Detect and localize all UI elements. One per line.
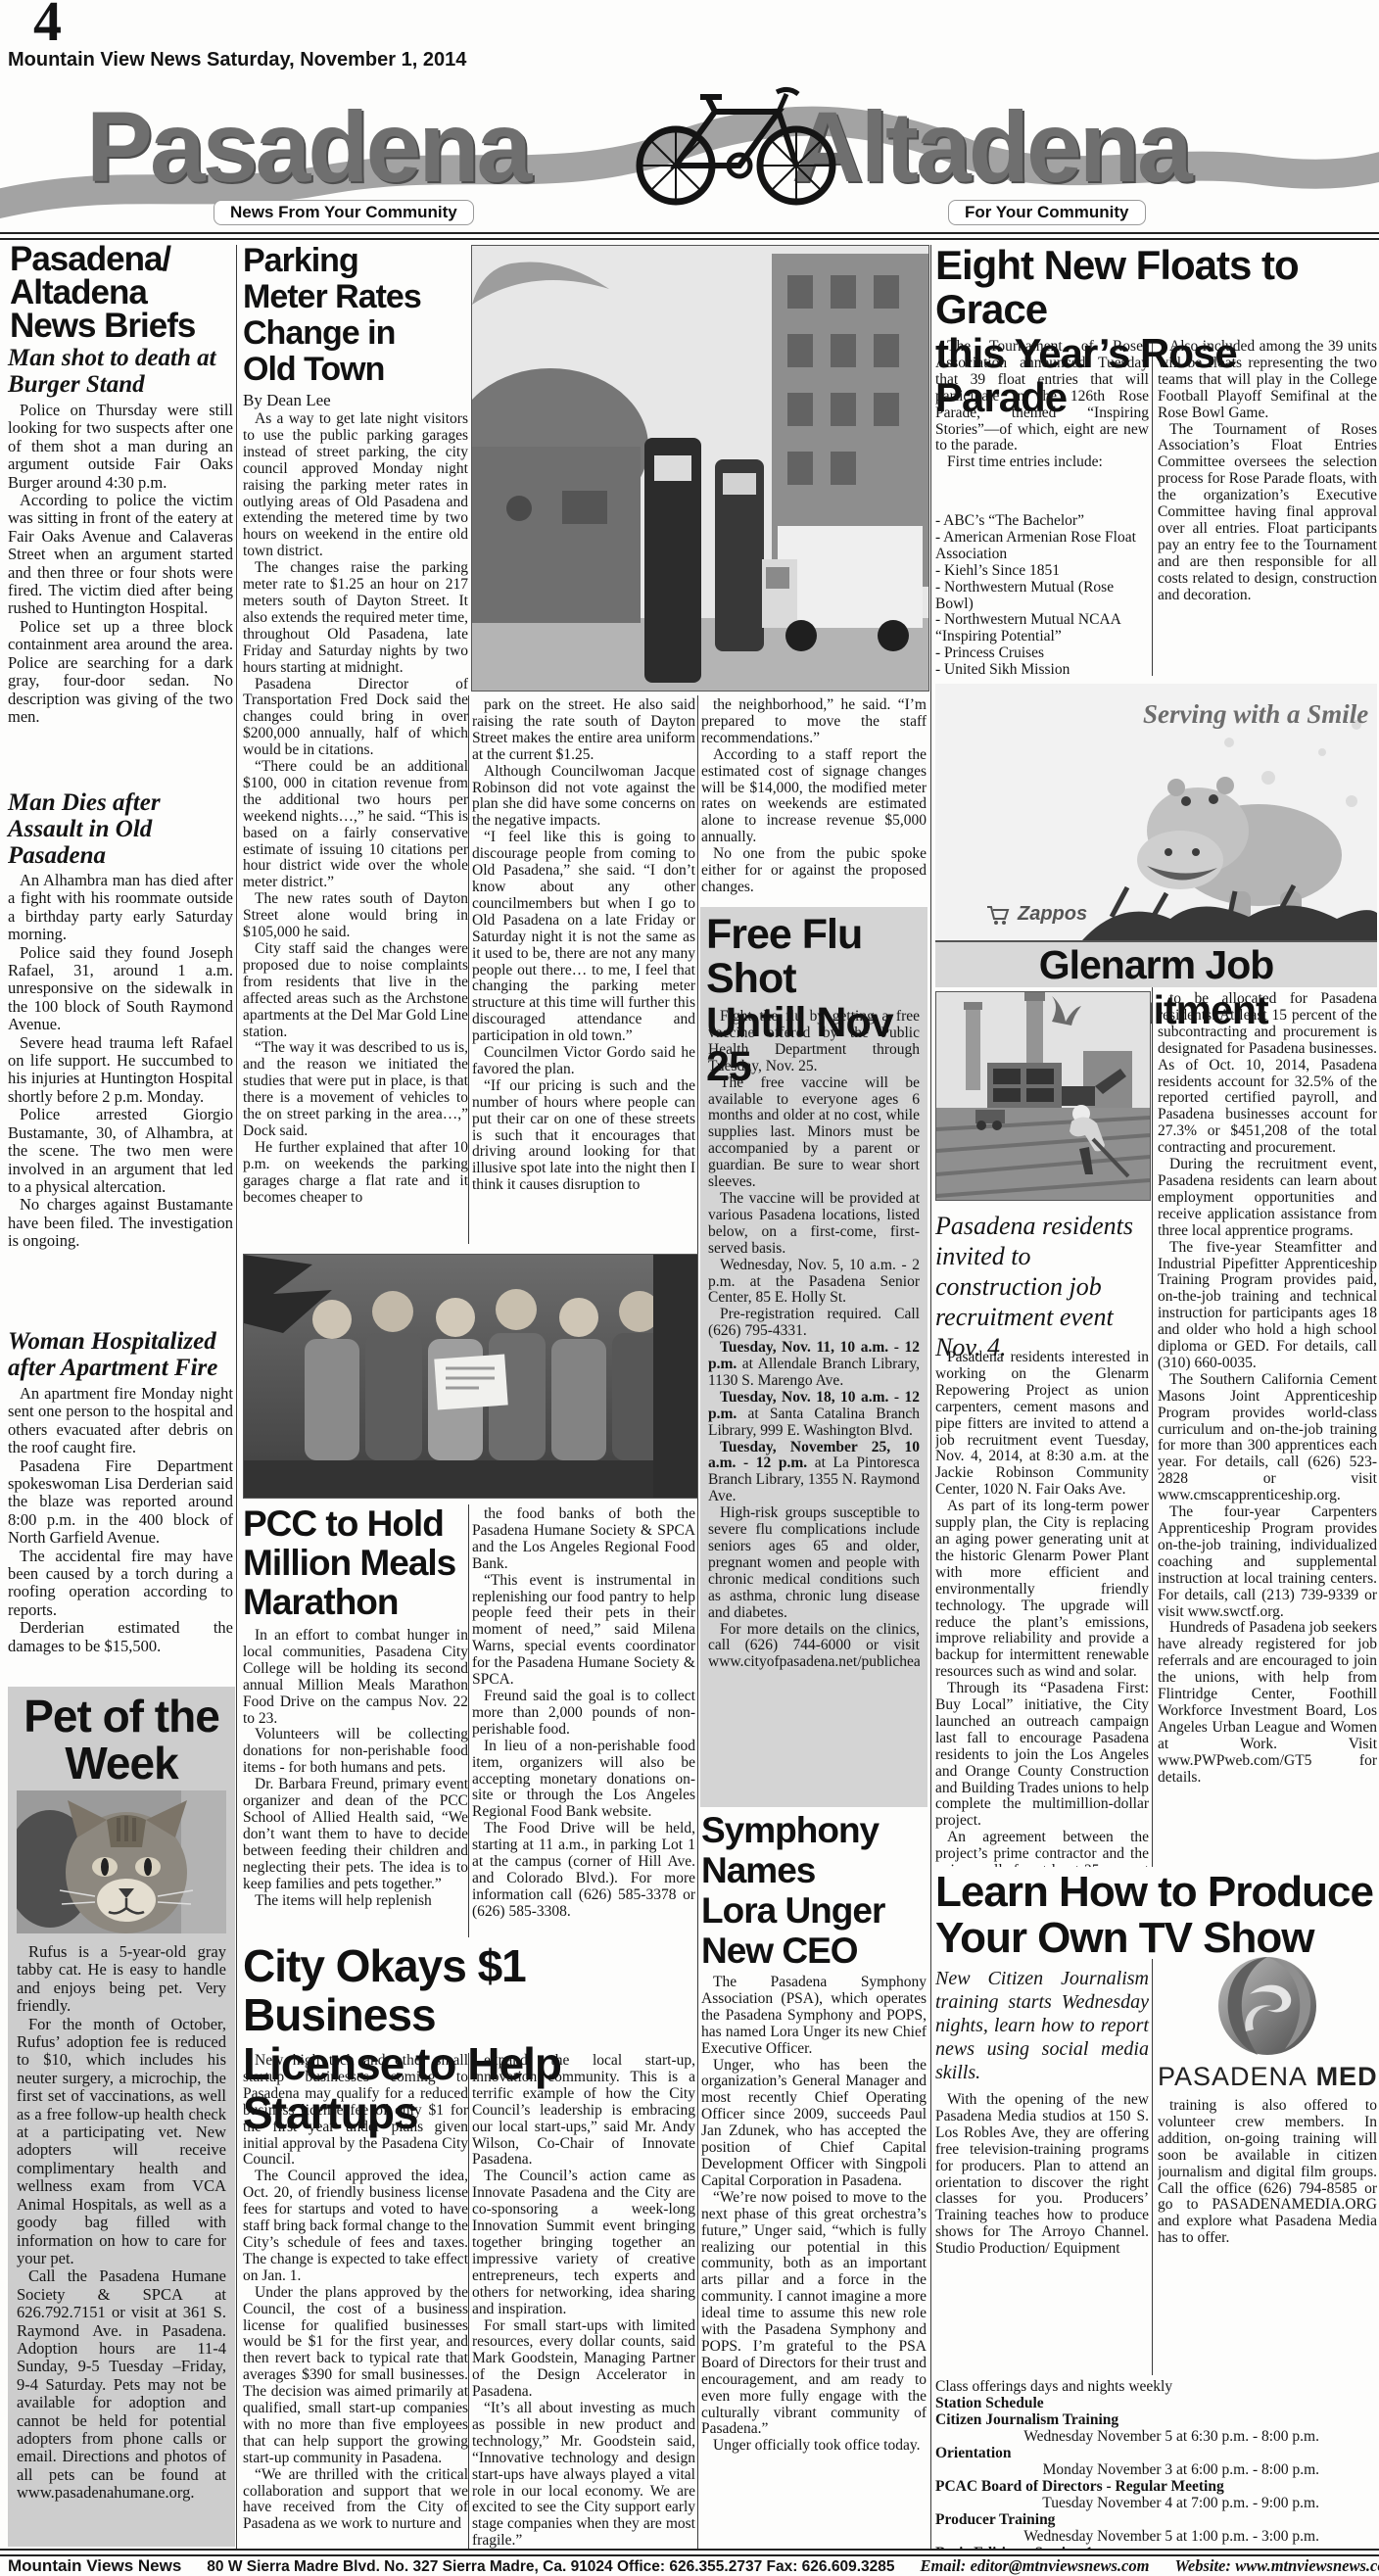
footer-address: 80 W Sierra Madre Blvd. No. 327 Sierra M… bbox=[207, 2558, 894, 2576]
flu-shot-box: Free Flu Shot Untill Nov 25 Fight the fl… bbox=[700, 907, 927, 1807]
article-paragraph: Unger, who has been the organization’s G… bbox=[701, 2058, 927, 2190]
article-paragraph: Rufus is a 5-year-old gray tabby cat. He… bbox=[17, 1943, 226, 2016]
article-paragraph: The Food Drive will be held, starting at… bbox=[472, 1821, 695, 1920]
article-paragraph: In an effort to combat hunger in local c… bbox=[243, 1628, 468, 1727]
article-paragraph: Councilmen Victor Gordo said he favored … bbox=[472, 1045, 695, 1078]
parking-byline: By Dean Lee bbox=[243, 391, 331, 410]
article-paragraph: He further explained that after 10 p.m. … bbox=[243, 1140, 468, 1207]
tv-show-schedule: Class offerings days and nights weekly S… bbox=[935, 2378, 1333, 2549]
article-paragraph: An agreement between the project’s prime… bbox=[935, 1830, 1149, 1867]
article-paragraph: Under the plans approved by the Council,… bbox=[243, 2285, 468, 2467]
article-paragraph: City staff said the changes were propose… bbox=[243, 941, 468, 1040]
city-okays-col2: expand the local start-up, innovation co… bbox=[472, 2053, 695, 2549]
zappos-ad-script: Serving with a Smile bbox=[1143, 699, 1368, 730]
article-paragraph: New high tech and other small startup bu… bbox=[243, 2053, 468, 2169]
tv-show-headline: Learn How to Produce Your Own TV Show bbox=[935, 1869, 1378, 1961]
article-paragraph: The Council approved the idea, Oct. 20, … bbox=[243, 2169, 468, 2284]
column-rule bbox=[1152, 1959, 1153, 2375]
tv-show-col1: With the opening of the new Pasadena Med… bbox=[935, 2092, 1149, 2376]
article-paragraph: Tuesday, Nov. 18, 10 a.m. - 12 p.m. at S… bbox=[708, 1390, 920, 1440]
footer-rule bbox=[0, 2549, 1379, 2556]
glenarm-headline-band: Glenarm Job Recruitment bbox=[935, 942, 1377, 987]
million-meals-group-photo bbox=[243, 1254, 698, 1499]
article-paragraph: With the opening of the new Pasadena Med… bbox=[935, 2092, 1149, 2258]
article-paragraph: The Southern California Cement Masons Jo… bbox=[1158, 1372, 1377, 1504]
tv-show-intro: New Citizen Journalism training starts W… bbox=[935, 1967, 1149, 2084]
article-paragraph: Tuesday, Nov. 11, 10 a.m. - 12 p.m. at A… bbox=[708, 1340, 920, 1390]
glenarm-col2: to be allocated for Pasadena residents. … bbox=[1158, 991, 1377, 1867]
pet-of-week-box: Pet of the Week Rufus is a 5-year-old gr… bbox=[8, 1687, 235, 2547]
flu-shot-body: Fight the flu by getting a free vaccine … bbox=[708, 1009, 920, 1798]
article-paragraph: “We’re now poised to move to the next ph… bbox=[701, 2190, 927, 2439]
zappos-logo: Zappos bbox=[1018, 903, 1087, 926]
parking-col3: the neighborhood,” he said. “I’m prepare… bbox=[701, 697, 927, 901]
article-paragraph: An Alhambra man has died after a fight w… bbox=[8, 872, 233, 944]
rose-parade-col1: The Tournament of Roses Association anno… bbox=[935, 339, 1149, 513]
article-paragraph: The items will help replenish bbox=[243, 1893, 468, 1910]
column-rule bbox=[236, 245, 237, 2551]
float-entry: - Northwestern Mutual (Rose Bowl) bbox=[935, 580, 1149, 613]
article-paragraph: Police on Thursday were still looking fo… bbox=[8, 402, 233, 492]
schedule-row: PCAC Board of Directors - Regular Meetin… bbox=[935, 2478, 1333, 2511]
article-paragraph: Freund said the goal is to collect more … bbox=[472, 1689, 695, 1739]
briefs-story1-body: Police on Thursday were still looking fo… bbox=[8, 402, 233, 786]
article-paragraph: park on the street. He also said raising… bbox=[472, 697, 695, 764]
float-entry: - Kiehl’s Since 1851 bbox=[935, 563, 1149, 580]
float-entry: - Northwestern Mutual NCAA “Inspiring Po… bbox=[935, 612, 1149, 645]
schedule-note: Class offerings days and nights weekly bbox=[935, 2378, 1333, 2395]
schedule-row: Citizen Journalism TrainingWednesday Nov… bbox=[935, 2411, 1333, 2445]
article-paragraph: Also included among the 39 units will be… bbox=[1158, 339, 1377, 422]
article-paragraph: The new rates south of Dayton Street alo… bbox=[243, 891, 468, 941]
footer-website-value: www.mtnviewsnews.com bbox=[1235, 2556, 1379, 2575]
footer-email: Email: editor@mtnviewsnews.com bbox=[921, 2556, 1150, 2576]
article-paragraph: Wednesday, Nov. 5, 10 a.m. - 2 p.m. at t… bbox=[708, 1258, 920, 1308]
footer-website: Website: www.mtnviewsnews.com bbox=[1174, 2556, 1379, 2576]
article-paragraph: Dr. Barbara Freund, primary event organi… bbox=[243, 1777, 468, 1892]
rose-parade-col2: Also included among the 39 units will be… bbox=[1158, 339, 1377, 676]
pasadena-media-sphere-logo bbox=[1216, 1955, 1318, 2057]
briefs-story2-body: An Alhambra man has died after a fight w… bbox=[8, 872, 233, 1326]
article-paragraph: Police said they found Joseph Rafael, 31… bbox=[8, 944, 233, 1034]
article-paragraph: As part of its long-term power supply pl… bbox=[935, 1499, 1149, 1681]
page-number: 4 bbox=[33, 0, 62, 54]
float-entry: - American Armenian Rose Float Associati… bbox=[935, 530, 1149, 563]
pcc-col1: In an effort to combat hunger in local c… bbox=[243, 1628, 468, 1935]
briefs-story3-subhead: Woman Hospitalized after Apartment Fire bbox=[8, 1328, 235, 1381]
article-paragraph: First time entries include: bbox=[935, 454, 1149, 471]
footer: Mountain Views News 80 W Sierra Madre Bl… bbox=[8, 2556, 1377, 2576]
article-paragraph: Tuesday, November 25, 10 a.m. - 12 p.m. … bbox=[708, 1440, 920, 1506]
pet-of-week-headline: Pet of the Week bbox=[8, 1693, 235, 1787]
schedule-title: Station Schedule bbox=[935, 2395, 1333, 2411]
schedule-row: OrientationMonday November 3 at 6:00 p.m… bbox=[935, 2445, 1333, 2478]
schedule-row: Producer TrainingWednesday November 5 at… bbox=[935, 2511, 1333, 2545]
footer-paper-name: Mountain Views News bbox=[8, 2556, 181, 2576]
footer-email-value: editor@mtnviewsnews.com bbox=[971, 2556, 1150, 2575]
parking-col1: As a way to get late night visitors to u… bbox=[243, 411, 468, 1239]
pasadena-media-wordmark: PASADENA MEDIA bbox=[1158, 2062, 1377, 2092]
article-paragraph: Police set up a three block containment … bbox=[8, 618, 233, 726]
article-paragraph: the neighborhood,” he said. “I’m prepare… bbox=[701, 697, 927, 747]
article-paragraph: the food banks of both the Pasadena Huma… bbox=[472, 1506, 695, 1573]
pcc-headline: PCC to Hold Million Meals Marathon bbox=[243, 1504, 470, 1622]
article-paragraph: The Pasadena Symphony Association (PSA),… bbox=[701, 1975, 927, 2058]
article-paragraph: Unger officially took office today. bbox=[701, 2438, 927, 2455]
article-paragraph: Volunteers will be collecting donations … bbox=[243, 1727, 468, 1777]
symphony-headline: Symphony Names Lora Unger New CEO bbox=[701, 1810, 927, 1971]
article-paragraph: “The way it was described to us is, and … bbox=[243, 1040, 468, 1139]
article-paragraph: The Council’s action came as Innovate Pa… bbox=[472, 2169, 695, 2317]
tagline-left: News From Your Community bbox=[214, 200, 474, 225]
article-paragraph: Derderian estimated the damages to be $1… bbox=[8, 1619, 233, 1655]
article-paragraph: Pasadena Fire Department spokeswoman Lis… bbox=[8, 1457, 233, 1548]
article-paragraph: Police arrested Giorgio Bustamante, 30, … bbox=[8, 1106, 233, 1196]
pasadena-media-word2: MEDIA bbox=[1316, 2062, 1379, 2091]
article-paragraph: No one from the pubic spoke either for o… bbox=[701, 846, 927, 896]
article-paragraph: training is also offered to volunteer cr… bbox=[1158, 2098, 1377, 2247]
article-paragraph: Through its “Pasadena First: Buy Local” … bbox=[935, 1681, 1149, 1830]
zappos-ad: Serving with a Smile Zappos bbox=[935, 684, 1377, 942]
article-paragraph: The accidental fire may have been caused… bbox=[8, 1548, 233, 1620]
article-paragraph: “This event is instrumental in replenish… bbox=[472, 1573, 695, 1689]
bicycle-icon bbox=[632, 65, 837, 212]
briefs-headline: Pasadena/ Altadena News Briefs bbox=[10, 243, 235, 343]
float-entry: - Princess Cruises bbox=[935, 645, 1149, 662]
article-paragraph: For more details on the clinics, call (6… bbox=[708, 1622, 920, 1672]
article-paragraph: An apartment fire Monday night sent one … bbox=[8, 1385, 233, 1457]
rose-parade-float-list: - ABC’s “The Bachelor”- American Armenia… bbox=[935, 513, 1149, 678]
article-paragraph: Call the Pasadena Humane Society & SPCA … bbox=[17, 2267, 226, 2502]
pasadena-media-word1: PASADENA bbox=[1158, 2062, 1308, 2091]
article-paragraph: For the month of October, Rufus’ adoptio… bbox=[17, 2016, 226, 2268]
article-paragraph: Fight the flu by getting a free vaccine … bbox=[708, 1009, 920, 1075]
article-paragraph: The Tournament of Roses Association anno… bbox=[935, 339, 1149, 454]
article-paragraph: The vaccine will be provided at various … bbox=[708, 1191, 920, 1258]
briefs-story1-subhead: Man shot to death at Burger Stand bbox=[8, 345, 235, 398]
pasadena-media-logo: PASADENA MEDIA bbox=[1158, 1955, 1377, 2092]
article-paragraph: Pre-registration required. Call (626) 79… bbox=[708, 1307, 920, 1340]
article-paragraph: During the recruitment event, Pasadena r… bbox=[1158, 1157, 1377, 1240]
symphony-body: The Pasadena Symphony Association (PSA),… bbox=[701, 1975, 927, 2549]
newspaper-page: 4 Mountain View News Saturday, November … bbox=[0, 0, 1379, 2576]
masthead-title-right: Altadena bbox=[791, 90, 1190, 205]
masthead-rule bbox=[0, 232, 1379, 240]
article-paragraph: The changes raise the parking meter rate… bbox=[243, 560, 468, 676]
float-entry: - United Sikh Mission bbox=[935, 662, 1149, 678]
article-paragraph: The Tournament of Roses Association’s Fl… bbox=[1158, 422, 1377, 604]
article-paragraph: High-risk groups susceptible to severe f… bbox=[708, 1505, 920, 1621]
briefs-story3-body: An apartment fire Monday night sent one … bbox=[8, 1385, 233, 1681]
column-rule bbox=[697, 695, 698, 2551]
article-paragraph: According to a staff report the estimate… bbox=[701, 747, 927, 846]
column-rule bbox=[468, 695, 469, 1244]
column-rule bbox=[930, 245, 931, 2551]
article-paragraph: Pasadena residents interested in working… bbox=[935, 1350, 1149, 1499]
article-paragraph: “I feel like this is going to discourage… bbox=[472, 830, 695, 1045]
footer-website-label: Website: bbox=[1174, 2556, 1230, 2575]
tabby-cat-photo bbox=[17, 1790, 226, 1933]
article-paragraph: to be allocated for Pasadena residents. … bbox=[1158, 991, 1377, 1157]
briefs-story2-subhead: Man Dies after Assault in Old Pasadena bbox=[8, 789, 235, 869]
article-paragraph: According to police the victim was sitti… bbox=[8, 492, 233, 618]
pcc-col2: the food banks of both the Pasadena Huma… bbox=[472, 1506, 695, 1935]
article-paragraph: Although Councilwoman Jacque Robinson di… bbox=[472, 764, 695, 831]
footer-email-label: Email: bbox=[921, 2556, 967, 2575]
schedule-rows: Citizen Journalism TrainingWednesday Nov… bbox=[935, 2411, 1333, 2549]
pet-of-week-body: Rufus is a 5-year-old gray tabby cat. He… bbox=[17, 1943, 226, 2539]
article-paragraph: The free vaccine will be available to ev… bbox=[708, 1075, 920, 1191]
parking-col2: park on the street. He also said raising… bbox=[472, 697, 695, 1238]
article-paragraph: “It’s all about investing as much as pos… bbox=[472, 2401, 695, 2549]
article-paragraph: Pasadena Director of Transportation Fred… bbox=[243, 677, 468, 760]
article-paragraph: No charges against Bustamante have been … bbox=[8, 1196, 233, 1250]
glenarm-col1: Pasadena residents interested in working… bbox=[935, 1350, 1149, 1867]
column-rule bbox=[1152, 987, 1153, 1867]
parking-headline: Parking Meter Rates Change in Old Town bbox=[243, 243, 470, 388]
article-paragraph: The four-year Carpenters Apprenticeship … bbox=[1158, 1504, 1377, 1620]
glenarm-photo-caption: Pasadena residents invited to constructi… bbox=[935, 1211, 1149, 1362]
article-paragraph: Hundreds of Pasadena job seekers have al… bbox=[1158, 1620, 1377, 1786]
tv-show-col2: training is also offered to volunteer cr… bbox=[1158, 2098, 1377, 2374]
tagline-right: For Your Community bbox=[948, 200, 1146, 225]
article-paragraph: “We are thrilled with the critical colla… bbox=[243, 2467, 468, 2534]
shopping-cart-icon bbox=[986, 905, 1010, 927]
article-paragraph: expand the local start-up, innovation co… bbox=[472, 2053, 695, 2169]
article-paragraph: In lieu of a non-perishable food item, o… bbox=[472, 1739, 695, 1822]
article-paragraph: “There could be an additional $100, 000 … bbox=[243, 759, 468, 891]
masthead-title-left: Pasadena bbox=[86, 90, 529, 205]
glenarm-power-plant-construction-photo bbox=[935, 991, 1151, 1201]
article-paragraph: For small start-ups with limited resourc… bbox=[472, 2318, 695, 2402]
article-paragraph: The five-year Steamfitter and Industrial… bbox=[1158, 1240, 1377, 1372]
article-paragraph: “If our pricing is such and the number o… bbox=[472, 1078, 695, 1194]
float-entry: - ABC’s “The Bachelor” bbox=[935, 513, 1149, 530]
city-okays-col1: New high tech and other small startup bu… bbox=[243, 2053, 468, 2549]
article-paragraph: Severe head trauma left Rafael on life s… bbox=[8, 1034, 233, 1107]
article-paragraph: As a way to get late night visitors to u… bbox=[243, 411, 468, 560]
old-pasadena-parking-meters-photo bbox=[471, 245, 929, 692]
